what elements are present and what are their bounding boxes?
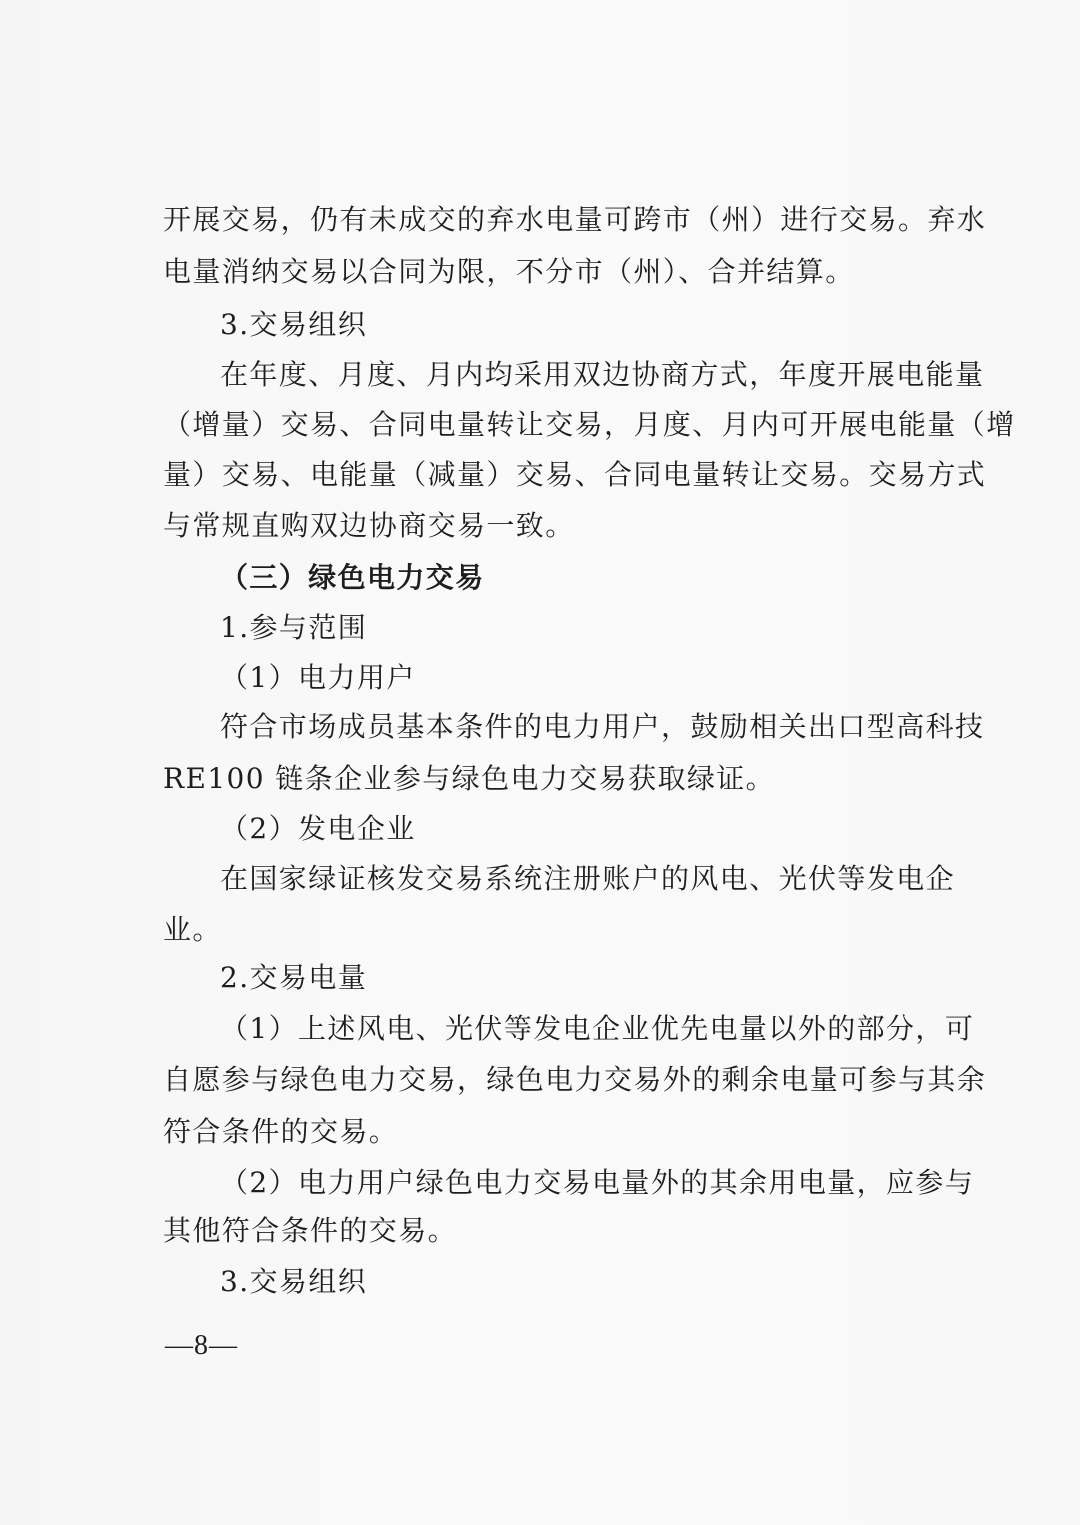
subsection-heading: （1）电力用户: [220, 658, 1020, 698]
text-line: 符合条件的交易。: [163, 1112, 963, 1152]
section-heading: 2.交易电量: [220, 958, 1020, 998]
section-title-bold: （三）绿色电力交易: [220, 558, 1020, 598]
text-line: （1）上述风电、光伏等发电企业优先电量以外的部分，可: [220, 1009, 955, 1049]
text-line: 自愿参与绿色电力交易，绿色电力交易外的剩余电量可参与其余: [163, 1060, 955, 1100]
text-line: 电量消纳交易以合同为限，不分市（州）、合并结算。: [163, 252, 963, 292]
section-heading: 3.交易组织: [220, 1262, 1020, 1302]
subsection-heading: （2）发电企业: [220, 809, 1020, 849]
text-line: 符合市场成员基本条件的电力用户，鼓励相关出口型高科技: [220, 707, 955, 747]
text-line: 业。: [163, 910, 963, 950]
document-page: 开展交易，仍有未成交的弃水电量可跨市（州）进行交易。弃水 电量消纳交易以合同为限…: [0, 0, 1080, 1525]
section-heading: 3.交易组织: [220, 305, 1020, 345]
section-heading: 1.参与范围: [220, 608, 1020, 648]
text-line: 与常规直购双边协商交易一致。: [163, 506, 963, 546]
page-number: —8—: [165, 1328, 238, 1364]
text-line: （增量）交易、合同电量转让交易，月度、月内可开展电能量（增: [163, 405, 955, 445]
text-line: 量）交易、电能量（减量）交易、合同电量转让交易。交易方式: [163, 455, 955, 495]
text-line: 在国家绿证核发交易系统注册账户的风电、光伏等发电企: [220, 859, 955, 899]
text-line: （2）电力用户绿色电力交易电量外的其余用电量，应参与: [220, 1163, 955, 1203]
text-line: 在年度、月度、月内均采用双边协商方式，年度开展电能量: [220, 355, 955, 395]
text-line: RE100 链条企业参与绿色电力交易获取绿证。: [163, 759, 963, 799]
text-line: 开展交易，仍有未成交的弃水电量可跨市（州）进行交易。弃水: [163, 200, 955, 240]
text-line: 其他符合条件的交易。: [163, 1211, 963, 1251]
